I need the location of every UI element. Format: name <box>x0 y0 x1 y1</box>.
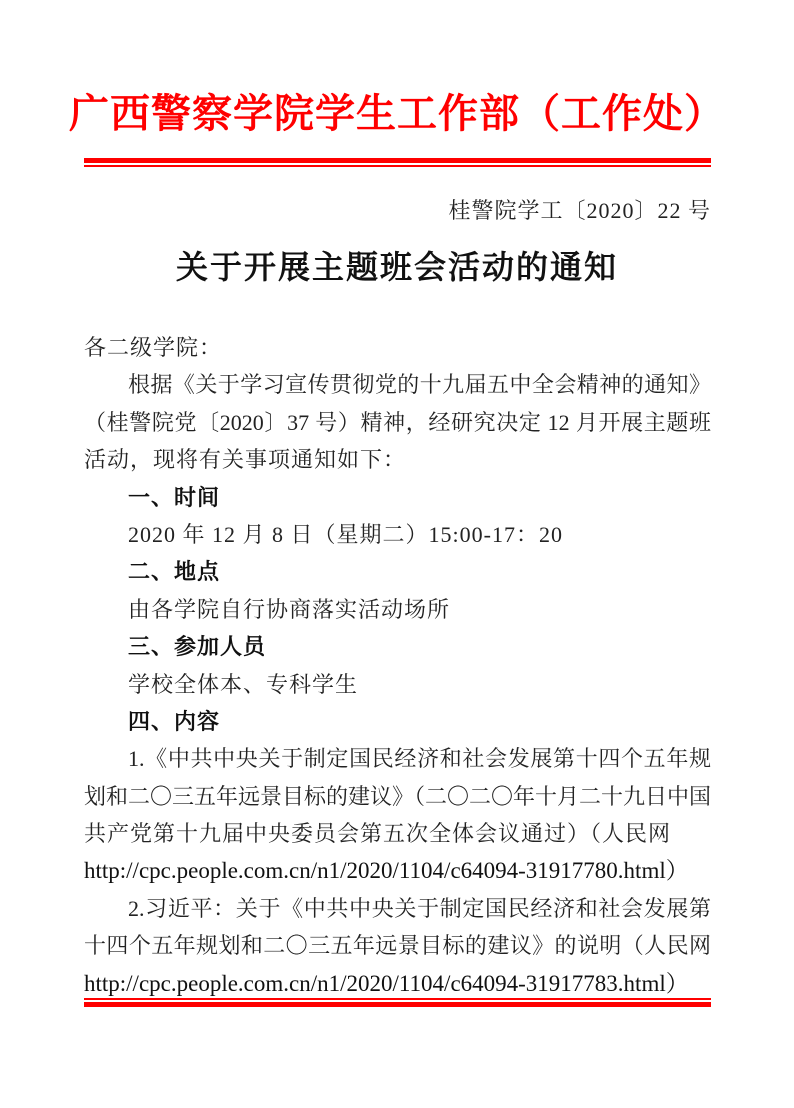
red-separator-top <box>84 158 711 167</box>
url-link[interactable]: http://cpc.people.com.cn/n1/2020/1104/c6… <box>84 965 711 1002</box>
body-line: 由各学院自行协商落实活动场所 <box>84 591 711 628</box>
doc-number: 桂警院学工〔2020〕22 号 <box>84 196 711 226</box>
document-body: 各二级学院：根据《关于学习宣传贯彻党的十九届五中全会精神的通知》（桂警院党〔20… <box>84 329 711 1002</box>
section-heading: 二、地点 <box>84 553 711 590</box>
document-page: 广西警察学院学生工作部（工作处） 桂警院学工〔2020〕22 号 关于开展主题班… <box>0 0 794 1108</box>
body-line: 活动，现将有关事项通知如下： <box>84 441 711 478</box>
separator-thick-bar <box>84 1002 711 1007</box>
body-line: 十四个五年规划和二〇三五年远景目标的建议》的说明（人民网 <box>84 927 711 964</box>
body-line: 共产党第十九届中央委员会第五次全体会议通过）（人民网 <box>84 815 711 852</box>
section-heading: 一、时间 <box>84 479 711 516</box>
red-separator-bottom <box>84 998 711 1007</box>
section-heading: 四、内容 <box>84 703 711 740</box>
section-heading: 三、参加人员 <box>84 628 711 665</box>
masthead-title: 广西警察学院学生工作部（工作处） <box>0 90 794 138</box>
separator-thin-bar <box>84 165 711 167</box>
body-line: 根据《关于学习宣传贯彻党的十九届五中全会精神的通知》 <box>84 366 711 403</box>
body-line: 学校全体本、专科学生 <box>84 666 711 703</box>
document-title: 关于开展主题班会活动的通知 <box>0 247 794 287</box>
body-line: 2.习近平：关于《中共中央关于制定国民经济和社会发展第 <box>84 890 711 927</box>
url-link[interactable]: http://cpc.people.com.cn/n1/2020/1104/c6… <box>84 852 711 889</box>
body-line: 2020 年 12 月 8 日（星期二）15:00-17：20 <box>84 516 711 553</box>
body-line: 划和二〇三五年远景目标的建议》（二〇二〇年十月二十九日中国 <box>84 778 711 815</box>
body-line: 各二级学院： <box>84 329 711 366</box>
body-line: （桂警院党〔2020〕37 号）精神，经研究决定 12 月开展主题班会 <box>84 404 711 441</box>
body-line: 1.《中共中央关于制定国民经济和社会发展第十四个五年规 <box>84 740 711 777</box>
